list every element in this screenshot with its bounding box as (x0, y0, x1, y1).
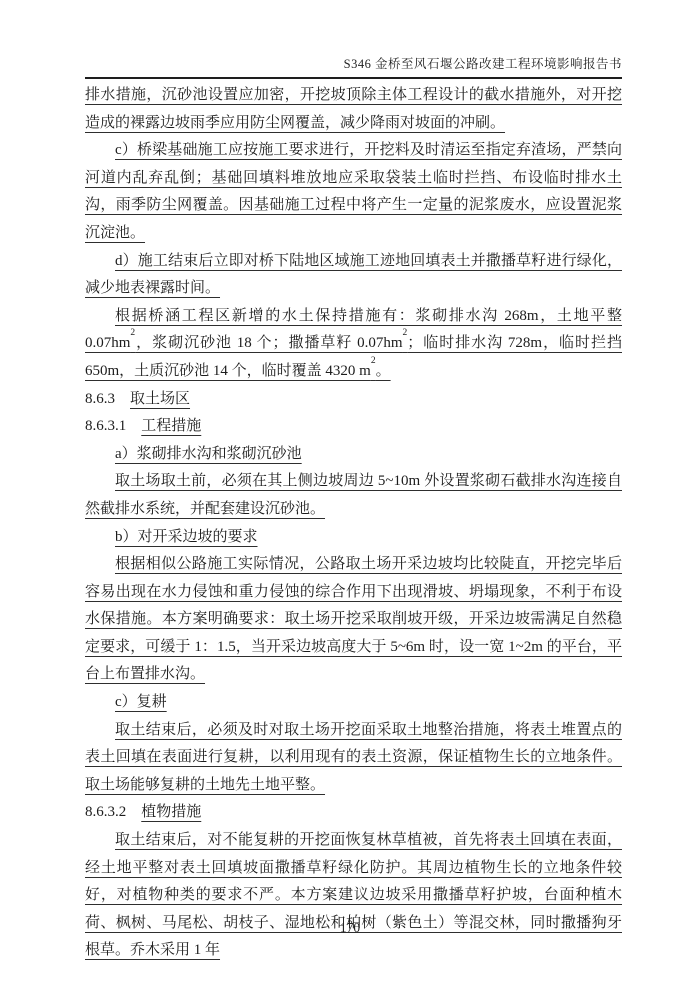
paragraph: 取土场取土前，必须在其上侧边坡周边 5~10m 外设置浆砌石截排水沟连接自然截排… (85, 468, 622, 523)
page-number: 170 (340, 920, 360, 935)
page-header: S346 金桥至风石堰公路改建工程环境影响报告书 (85, 54, 622, 79)
paragraph: b）对开采边坡的要求 (85, 524, 622, 552)
paragraph: d）施工结束后立即对桥下陆地区域施工迹地回填表土并撒播草籽进行绿化，减少地表裸露… (85, 248, 622, 303)
report-title: S346 金桥至风石堰公路改建工程环境影响报告书 (344, 57, 622, 71)
section-number: 8.6.3.2 (85, 804, 126, 820)
paragraph: a）浆砌排水沟和浆砌沉砂池 (85, 441, 622, 469)
section-title: 取土场区 (130, 391, 190, 407)
superscript: 2 (403, 328, 408, 338)
section-number: 8.6.3.1 (85, 418, 126, 434)
paragraph: 根据桥涵工程区新增的水土保持措施有：浆砌排水沟 268m，土地平整 0.07hm… (85, 303, 622, 386)
section-number: 8.6.3 (85, 391, 115, 407)
superscript: 2 (130, 328, 135, 338)
document-page: S346 金桥至风石堰公路改建工程环境影响报告书 排水措施，沉砂池设置应加密，开… (0, 0, 700, 990)
paragraph: c）桥梁基础施工应按施工要求进行，开挖料及时清运至指定弃渣场，严禁向河道内乱弃乱… (85, 137, 622, 247)
section-heading: 8.6.3.2植物措施 (85, 799, 622, 827)
paragraph: 排水措施，沉砂池设置应加密，开挖坡顶除主体工程设计的截水措施外，对开挖造成的裸露… (85, 82, 622, 137)
section-title: 植物措施 (141, 804, 201, 820)
superscript: 2 (371, 356, 376, 366)
document-body: 排水措施，沉砂池设置应加密，开挖坡顶除主体工程设计的截水措施外，对开挖造成的裸露… (85, 82, 622, 965)
paragraph: 取土结束后，必须及时对取土场开挖面采取土地整治措施，将表土堆置点的表土回填在表面… (85, 717, 622, 800)
paragraph: 根据相似公路施工实际情况，公路取土场开采边坡均比较陡直，开挖完毕后容易出现在水力… (85, 551, 622, 689)
paragraph: c）复耕 (85, 689, 622, 717)
page-footer: 170 (0, 920, 700, 936)
paragraph: 取土结束后，对不能复耕的开挖面恢复林草植被，首先将表土回填在表面，经土地平整对表… (85, 827, 622, 965)
section-heading: 8.6.3.1工程措施 (85, 413, 622, 441)
section-heading: 8.6.3取土场区 (85, 386, 622, 414)
section-title: 工程措施 (141, 418, 201, 434)
